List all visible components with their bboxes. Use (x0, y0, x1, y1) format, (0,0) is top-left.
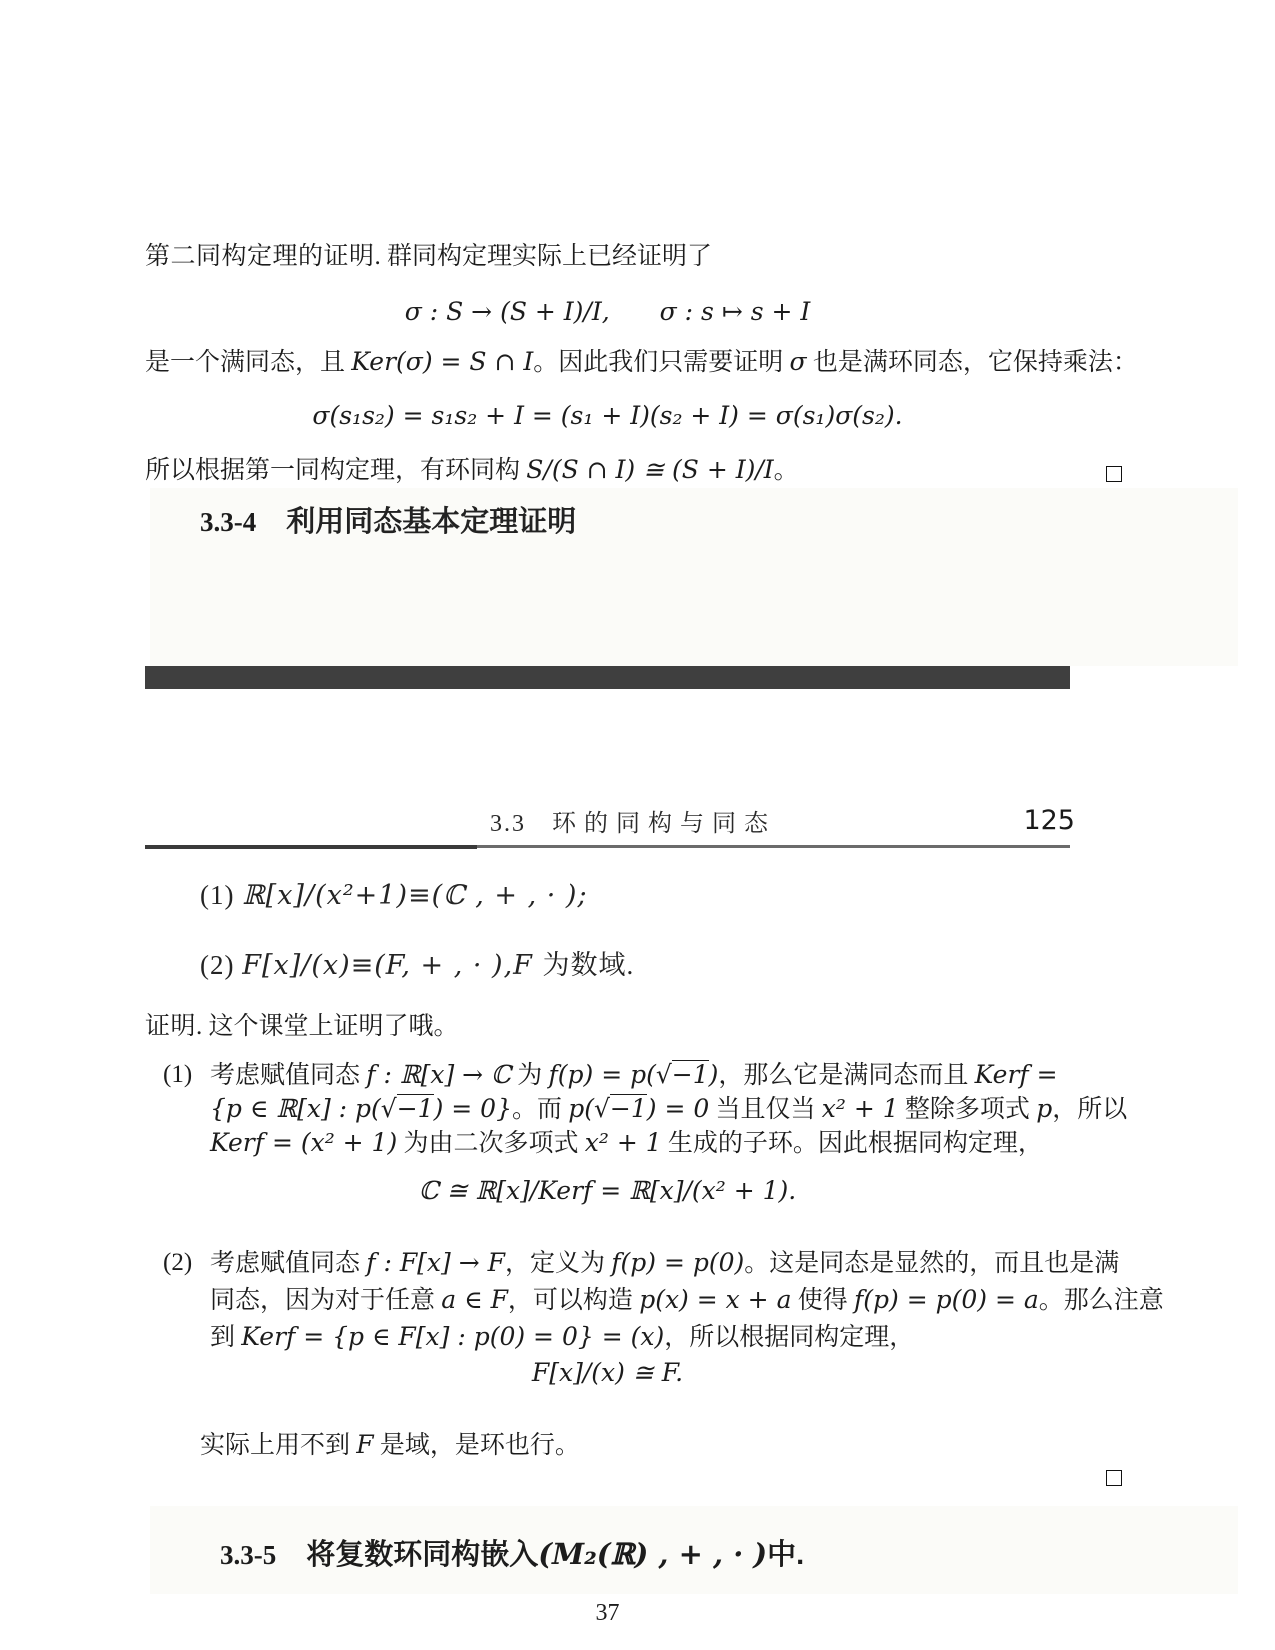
page-number: 37 (145, 1596, 1070, 1630)
proof-item-2-line-3: 到 Kerf = {p ∈ F[x] : p(0) = 0} = (x)，所以根… (210, 1320, 914, 1355)
proof-item-1-line-2: {p ∈ ℝ[x] : p(√−1) = 0}。而 p(√−1) = 0 当且仅… (210, 1092, 1127, 1127)
heading-335-label: 3.3-5 (220, 1540, 276, 1570)
sigma-map-formula: σ : S → (S + I)/I, σ : s ↦ s + I (145, 295, 1070, 330)
document-page: 第二同构定理的证明. 群同构定理实际上已经证明了 σ : S → (S + I)… (0, 0, 1275, 1650)
problem-item-2: (2) F[x]/(x)≡(F, + , · ),F 为数域. (200, 948, 634, 983)
proof-item-2-line-1: 考虑赋值同态 f : F[x] → F，定义为 f(p) = p(0)。这是同态… (210, 1246, 1119, 1281)
complex-iso-formula: ℂ ≅ ℝ[x]/Kerf = ℝ[x]/(x² + 1). (145, 1174, 1070, 1209)
running-page-number: 125 (985, 804, 1075, 838)
proof-item-1-marker: (1) (163, 1058, 192, 1092)
proof-item-1-line-3: Kerf = (x² + 1) 为由二次多项式 x² + 1 生成的子环。因此根… (210, 1126, 1043, 1161)
proof-intro: 证明. 这个课堂上证明了哦。 (145, 1010, 459, 1044)
section-header: 3.3环的同构与同态 (490, 807, 776, 841)
problem-item-1: (1) ℝ[x]/(x²+1)≡(ℂ , + , · ); (200, 878, 588, 913)
proof2-intro-paragraph: 第二同构定理的证明. 群同构定理实际上已经证明了 (145, 240, 712, 274)
proof-item-2-line-2: 同态，因为对于任意 a ∈ F，可以构造 p(x) = x + a 使得 f(p… (210, 1283, 1164, 1318)
section-title: 环的同构与同态 (552, 811, 776, 837)
heading-334-title: 利用同态基本定理证明 (286, 506, 576, 538)
proof-item-2-marker: (2) (163, 1246, 192, 1280)
proof-item-1-line-1: 考虑赋值同态 f : ℝ[x] → ℂ 为 f(p) = p(√−1)，那么它是… (210, 1058, 1058, 1093)
remark-paragraph: 实际上用不到 F 是域，是环也行。 (200, 1428, 580, 1463)
problem-335-heading: 3.3-5将复数环同构嵌入(M₂(ℝ) , + , · )中. (220, 1537, 804, 1574)
heading-334-label: 3.3-4 (200, 507, 256, 537)
problem-334-heading: 3.3-4利用同态基本定理证明 (200, 505, 576, 541)
heading-335-title: 将复数环同构嵌入(M₂(ℝ) , + , · )中. (306, 1539, 804, 1571)
section-number: 3.3 (490, 811, 526, 837)
multiplication-formula: σ(s₁s₂) = s₁s₂ + I = (s₁ + I)(s₂ + I) = … (145, 399, 1070, 434)
separator-bar (145, 666, 1070, 689)
field-iso-formula: F[x]/(x) ≅ F. (145, 1356, 1070, 1391)
qed-box-1 (1106, 466, 1122, 482)
epimorphism-paragraph: 是一个满同态，且 Ker(σ) = S ∩ I。因此我们只需要证明 σ 也是满环… (145, 345, 1138, 380)
qed-box-2 (1106, 1470, 1122, 1486)
section-rule-dark-segment (145, 845, 477, 849)
conclusion-paragraph: 所以根据第一同构定理，有环同构 S/(S ∩ I) ≅ (S + I)/I。 (145, 453, 799, 488)
